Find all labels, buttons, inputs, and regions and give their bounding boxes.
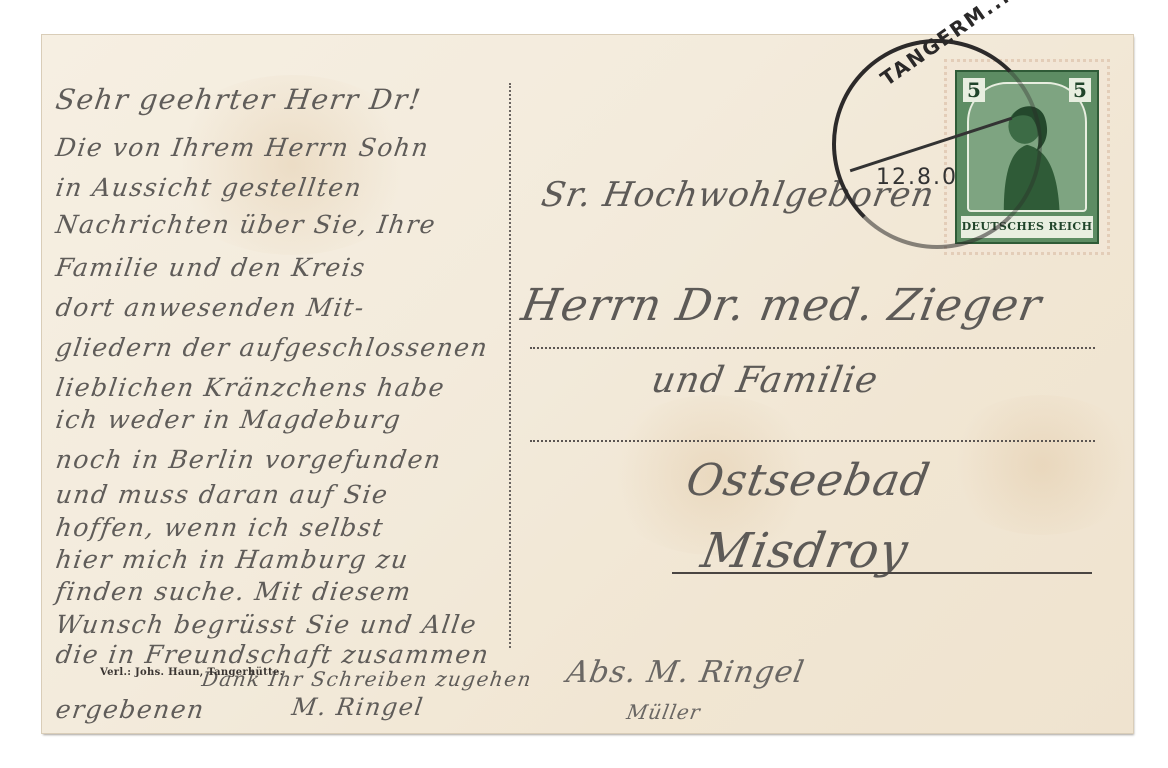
- message-line: Wunsch begrüsst Sie und Alle: [54, 610, 479, 639]
- postmark-bar: [850, 117, 1013, 172]
- message-line: und muss daran auf Sie: [54, 480, 391, 509]
- message-line: dort anwesenden Mit-: [54, 293, 367, 322]
- address-line-3: Ostseebad: [683, 455, 935, 506]
- message-line: Sehr geehrter Herr Dr!: [54, 83, 424, 116]
- message-line: ergebenen: [54, 695, 207, 724]
- message-line: die in Freundschaft zusammen: [54, 640, 492, 669]
- stamp-value-right: 5: [1069, 78, 1091, 102]
- postcard: Sehr geehrter Herr Dr! Die von Ihrem Her…: [42, 35, 1133, 733]
- message-line: ich weder in Magdeburg: [54, 405, 403, 434]
- message-line: Familie und den Kreis: [54, 253, 368, 282]
- center-divider: [509, 83, 511, 648]
- message-line: finden suche. Mit diesem: [54, 577, 414, 606]
- message-signature: M. Ringel: [290, 693, 426, 721]
- address-underline: [672, 572, 1092, 574]
- message-line: Nachrichten über Sie, Ihre: [54, 210, 438, 239]
- message-line: hier mich in Hamburg zu: [54, 545, 411, 574]
- message-line: gliedern der aufgeschlossenen: [54, 333, 490, 362]
- message-line: lieblichen Kränzchens habe: [54, 373, 447, 402]
- postmark-city: TANGERM...: [876, 0, 1015, 91]
- address-recipient: Herrn Dr. med. Zieger: [518, 280, 1046, 331]
- message-line: Die von Ihrem Herrn Sohn: [54, 133, 431, 162]
- postmark-date: 12.8.0: [876, 165, 958, 190]
- address-line-2: und Familie: [648, 360, 881, 401]
- message-line: noch in Berlin vorgefunden: [54, 445, 444, 474]
- paper-stain: [942, 395, 1142, 535]
- message-line: in Aussicht gestellten: [54, 173, 364, 202]
- address-line: [530, 440, 1095, 442]
- publisher-imprint: Verl.: Johs. Haun, Tangerhütte.: [100, 667, 283, 678]
- sender-name: Abs. M. Ringel: [564, 655, 807, 690]
- address-line: [530, 347, 1095, 349]
- postmark: TANGERM... 12.8.0: [832, 39, 1042, 249]
- address-city: Misdroy: [697, 523, 913, 579]
- message-line: hoffen, wenn ich selbst: [54, 513, 386, 542]
- sender-note: Müller: [625, 700, 703, 724]
